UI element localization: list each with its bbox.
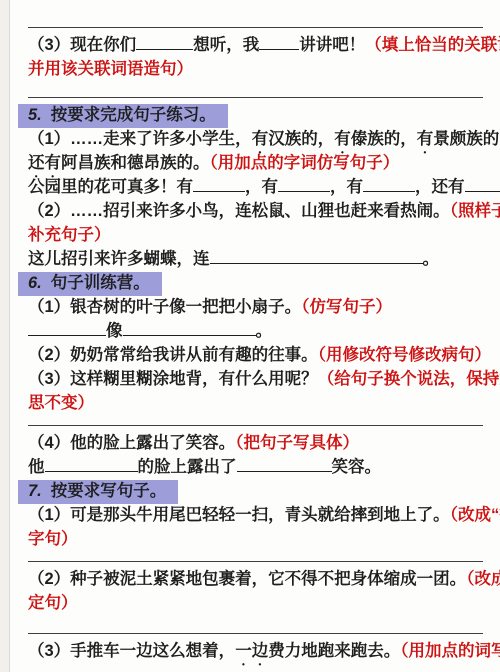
divider-4 — [28, 561, 483, 562]
section-7-heading: 7.按要求写句子。 — [28, 479, 488, 503]
section-heading-highlight: 6.句子训练营。 — [18, 272, 162, 296]
s6-q1-line2: 像。 — [28, 319, 488, 343]
fill-in-blank — [278, 177, 330, 192]
s7-q3-line1: （3）手推车一边这么想着，一边费力地跑来跑去。（用加点的词写一 — [28, 639, 488, 663]
section-5-heading: 5.按要求完成句子练习。 — [28, 103, 488, 127]
instruction-text: （给句子换个说法，保持意 — [318, 370, 500, 388]
question-text: （3）手推车一边这么想着， — [28, 642, 235, 660]
s6-q3-line2: 思不变） — [28, 391, 488, 415]
instruction-text: 并用该关联词语造句） — [28, 60, 193, 78]
emphasized-text: 有 — [417, 130, 434, 148]
s6-q3-line1: （3）这样糊里糊涂地背，有什么用呢？（给句子换个说法，保持意 — [28, 367, 488, 391]
s7-q2-line1: （2）种子被泥土紧紧地包裹着，它不得不把身体缩成一团。（改成肯 — [28, 567, 488, 591]
s5-q1-line3: 公园里的花可真多！有，有，有，还有。 — [28, 175, 488, 199]
s5-q1-line1: （1）……走来了许多小学生，有汉族的，有傣族的，有景颇族的， — [28, 127, 488, 151]
s6-q1-line1: （1）银杏树的叶子像一把把小扇子。（仿写句子） — [28, 295, 488, 319]
instruction-text: （把句子写具体） — [235, 434, 359, 452]
q3-line2: 并用该关联词语造句） — [28, 57, 488, 81]
scan-edge-strip — [0, 0, 10, 672]
question-text: （2）种子被泥土紧紧地包裹着，它不得不把身体缩成一团。 — [28, 570, 466, 588]
q3-line1: （3）现在你们想听，我讲讲吧！（填上恰当的关联词语， — [28, 33, 488, 57]
question-text: （3）现在你们 — [28, 36, 136, 54]
section-number: 5. — [28, 106, 51, 124]
section-number: 6. — [28, 274, 51, 292]
fill-in-blank — [136, 35, 193, 50]
s6-q4-line1: （4）他的脸上露出了笑容。（把句子写具体） — [28, 431, 488, 455]
s7-q1-line2: 字句） — [28, 527, 488, 551]
emphasized-text: 有 — [334, 130, 351, 148]
fill-in-blank — [210, 249, 423, 264]
fill-in-blank — [237, 457, 332, 472]
instruction-text: 定句） — [28, 594, 78, 612]
question-text: （1）……走来了许多小学生， — [28, 130, 252, 148]
question-text: 这儿招引来许多蝴蝶，连 — [28, 250, 210, 268]
question-text: 费力地跑来跑去。 — [268, 642, 400, 660]
divider-2 — [28, 97, 483, 98]
divider-1 — [28, 27, 483, 28]
fill-in-blank — [465, 177, 500, 192]
fill-in-blank — [259, 35, 299, 50]
instruction-text: （照样子， — [450, 202, 500, 220]
question-text: （2）奶奶常常给我讲从前有趣的往事。 — [28, 346, 318, 364]
question-text: 他 — [28, 458, 45, 476]
question-text: ，有 — [330, 178, 363, 196]
section-heading-highlight: 5.按要求完成句子练习。 — [18, 104, 228, 128]
question-text: 按要求写句子。 — [51, 482, 167, 500]
section-number: 7. — [28, 482, 51, 500]
instruction-text: （填上恰当的关联词语， — [365, 36, 500, 54]
question-text: （1）可是那头牛用尾巴轻轻一扫，青头就给摔到地上了。 — [28, 506, 450, 524]
question-text: （3）这样糊里糊涂地背，有什么用呢？ — [28, 370, 318, 388]
instruction-text: 字句） — [28, 530, 78, 548]
fill-in-blank — [123, 321, 256, 336]
question-text: 按要求完成句子练习。 — [51, 106, 216, 124]
question-text: 汉族的， — [268, 130, 334, 148]
question-text: 笑容。 — [332, 458, 382, 476]
s5-q2-line2: 补充句子） — [28, 223, 488, 247]
emphasized-text: 一边 — [235, 642, 268, 660]
question-text: 。 — [423, 250, 440, 268]
instruction-text: （改成“把” — [450, 506, 500, 524]
fill-in-blank — [363, 177, 415, 192]
instruction-text: 思不变） — [28, 394, 94, 412]
section-heading-highlight: 7.按要求写句子。 — [18, 480, 178, 504]
question-text: 句子训练营。 — [51, 274, 150, 292]
worksheet-page: （3）现在你们想听，我讲讲吧！（填上恰当的关联词语，并用该关联词语造句）5.按要… — [0, 0, 500, 672]
question-text: 阿昌族和德昂族的。 — [61, 154, 210, 172]
instruction-text: （仿写句子） — [301, 298, 392, 316]
question-text: （4）他的脸上露出了笑容。 — [28, 434, 235, 452]
fill-in-blank — [45, 457, 138, 472]
question-text: ，有 — [245, 178, 278, 196]
question-text: 景颇族的， — [433, 130, 500, 148]
fill-in-blank — [193, 177, 245, 192]
question-text: （1）银杏树的叶子像一把把小扇子。 — [28, 298, 301, 316]
s5-q2-line3: 这儿招引来许多蝴蝶，连。 — [28, 247, 488, 271]
instruction-text: （用加点的字词仿写句子） — [210, 154, 400, 172]
instruction-text: 补充句子） — [28, 226, 111, 244]
s6-q2-line1: （2）奶奶常常给我讲从前有趣的往事。（用修改符号修改病句） — [28, 343, 488, 367]
question-text: 的脸上露出了 — [138, 458, 237, 476]
question-text: 想听，我 — [193, 36, 259, 54]
emphasized-text: 有 — [252, 130, 269, 148]
worksheet-body: （3）现在你们想听，我讲讲吧！（填上恰当的关联词语，并用该关联词语造句）5.按要… — [28, 0, 488, 663]
question-text: 公园里的花可真多！有 — [28, 178, 193, 196]
s6-q4-line2: 他的脸上露出了笑容。 — [28, 455, 488, 479]
s7-q2-line2: 定句） — [28, 591, 488, 615]
question-text: 。 — [256, 322, 273, 340]
emphasized-text: 还有 — [28, 154, 61, 172]
divider-5 — [28, 633, 483, 634]
fill-in-blank — [28, 321, 106, 336]
s7-q1-line1: （1）可是那头牛用尾巴轻轻一扫，青头就给摔到地上了。（改成“把” — [28, 503, 488, 527]
s5-q2-line1: （2）……招引来许多小鸟，连松鼠、山狸也赶来看热闹。（照样子， — [28, 199, 488, 223]
question-text: （2）……招引来许多小鸟，连松鼠、山狸也赶来看热闹。 — [28, 202, 450, 220]
section-6-heading: 6.句子训练营。 — [28, 271, 488, 295]
s5-q1-line2: 还有阿昌族和德昂族的。（用加点的字词仿写句子） — [28, 151, 488, 175]
divider-3 — [28, 425, 483, 426]
question-text: 讲讲吧！ — [299, 36, 365, 54]
instruction-text: （用加点的词写一 — [400, 642, 500, 660]
instruction-text: （用修改符号修改病句） — [318, 346, 491, 364]
question-text: ，还有 — [415, 178, 465, 196]
question-text: 傣族的， — [351, 130, 417, 148]
question-text: 像 — [106, 322, 123, 340]
instruction-text: （改成肯 — [466, 570, 500, 588]
